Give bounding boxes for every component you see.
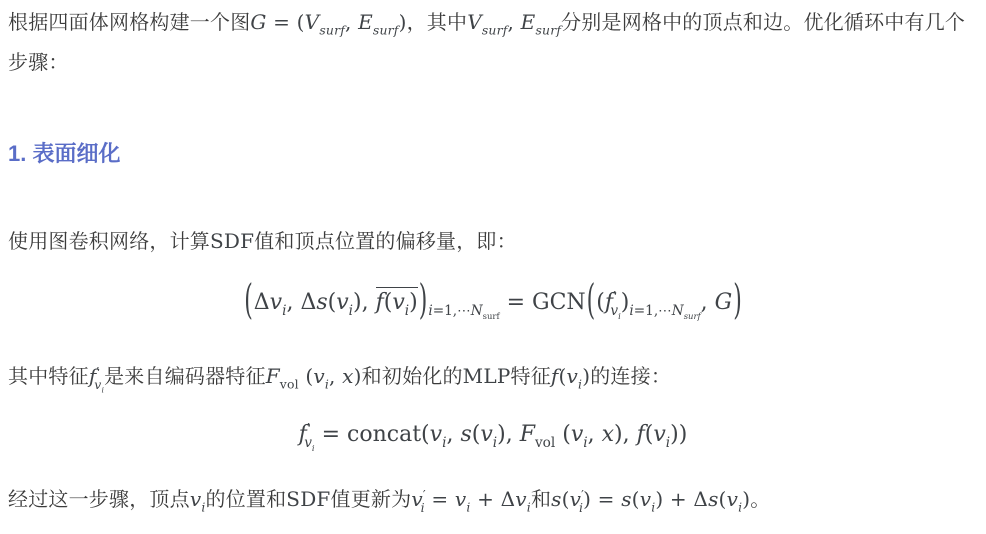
concat-display-formula: f′vi = concat(vi, s(vi), Fvol (vi, x), f… <box>8 411 978 459</box>
section-heading: 1. 表面细化 <box>8 139 978 169</box>
document: 根据四面体网格构建一个图G = (Vsurf, Esurf)，其中Vsurf, … <box>0 2 986 520</box>
update-paragraph: 经过这一步骤，顶点vi的位置和SDF值更新为v′i = vi + Δvi和s(v… <box>8 479 978 520</box>
feature-paragraph: 其中特征f′vi是来自编码器特征Fvol (vi, x)和初始化的MLP特征f(… <box>8 356 978 397</box>
intro-paragraph: 根据四面体网格构建一个图G = (Vsurf, Esurf)，其中Vsurf, … <box>8 2 978 83</box>
gcn-display-formula: (Δvi, Δs(vi), f(vi))i=1,⋯Nsurf = GCN((f′… <box>8 270 978 336</box>
gcn-intro-paragraph: 使用图卷积网络，计算SDF值和顶点位置的偏移量，即： <box>8 221 978 262</box>
